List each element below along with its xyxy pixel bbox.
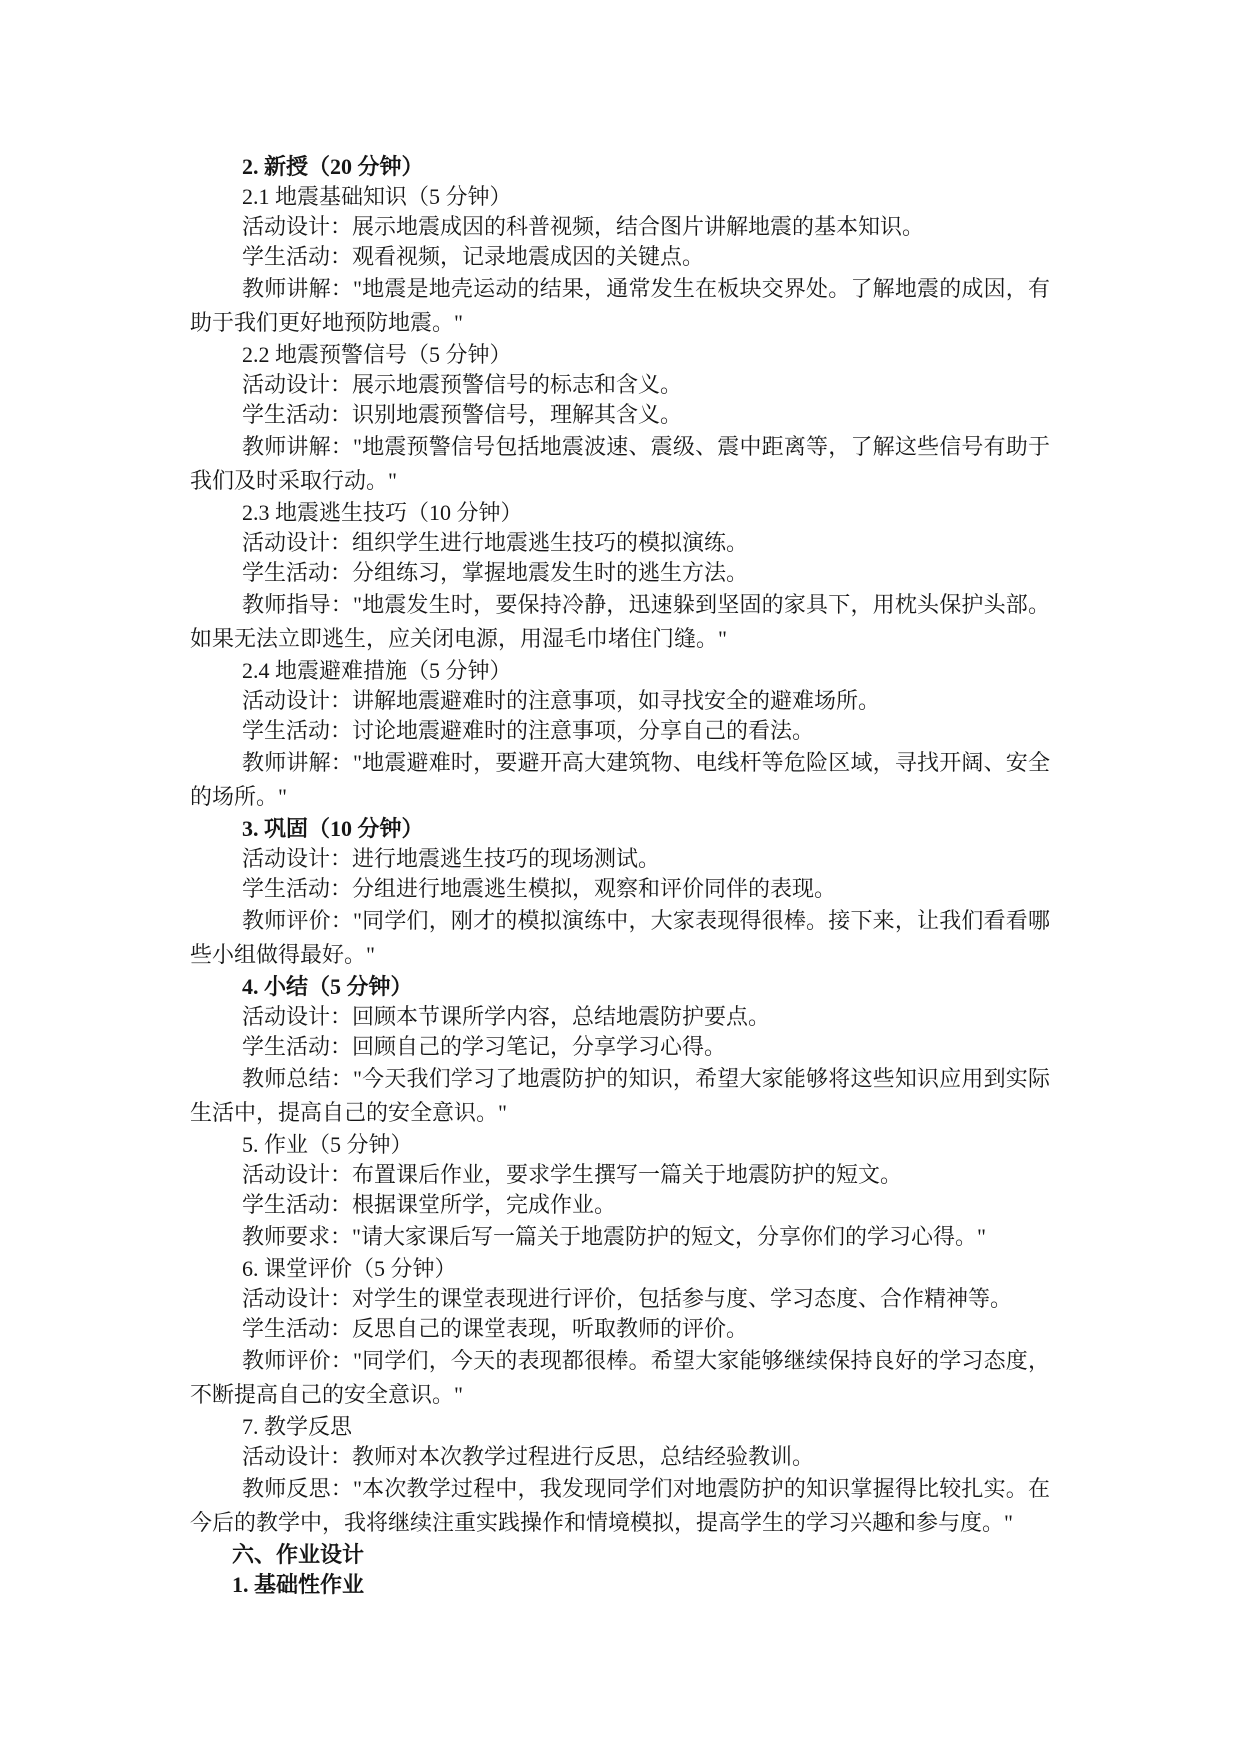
body-paragraph: 活动设计：对学生的课堂表现进行评价，包括参与度、学习态度、合作精神等。 <box>190 1284 1050 1314</box>
document-page: 2. 新授（20 分钟）2.1 地震基础知识（5 分钟）活动设计：展示地震成因的… <box>0 0 1240 1753</box>
body-paragraph: 教师讲解："地震预警信号包括地震波速、震级、震中距离等，了解这些信号有助于我们及… <box>190 430 1050 498</box>
body-paragraph: 活动设计：组织学生进行地震逃生技巧的模拟演练。 <box>190 528 1050 558</box>
heading-paragraph: 3. 巩固（10 分钟） <box>190 814 1050 844</box>
body-paragraph: 活动设计：教师对本次教学过程进行反思，总结经验教训。 <box>190 1442 1050 1472</box>
body-paragraph: 教师指导："地震发生时，要保持冷静，迅速躲到坚固的家具下，用枕头保护头部。如果无… <box>190 588 1050 656</box>
body-paragraph: 活动设计：展示地震成因的科普视频，结合图片讲解地震的基本知识。 <box>190 212 1050 242</box>
body-paragraph: 2.1 地震基础知识（5 分钟） <box>190 182 1050 212</box>
body-paragraph: 6. 课堂评价（5 分钟） <box>190 1254 1050 1284</box>
heading-paragraph: 六、作业设计 <box>190 1540 1050 1570</box>
body-paragraph: 教师讲解："地震是地壳运动的结果，通常发生在板块交界处。了解地震的成因，有助于我… <box>190 272 1050 340</box>
body-paragraph: 2.3 地震逃生技巧（10 分钟） <box>190 498 1050 528</box>
body-paragraph: 7. 教学反思 <box>190 1412 1050 1442</box>
body-paragraph: 教师讲解："地震避难时，要避开高大建筑物、电线杆等危险区域，寻找开阔、安全的场所… <box>190 746 1050 814</box>
body-paragraph: 学生活动：讨论地震避难时的注意事项，分享自己的看法。 <box>190 716 1050 746</box>
body-paragraph: 2.4 地震避难措施（5 分钟） <box>190 656 1050 686</box>
heading-paragraph: 2. 新授（20 分钟） <box>190 152 1050 182</box>
body-paragraph: 活动设计：讲解地震避难时的注意事项，如寻找安全的避难场所。 <box>190 686 1050 716</box>
body-paragraph: 教师总结："今天我们学习了地震防护的知识，希望大家能够将这些知识应用到实际生活中… <box>190 1062 1050 1130</box>
body-paragraph: 学生活动：根据课堂所学，完成作业。 <box>190 1190 1050 1220</box>
body-paragraph: 活动设计：进行地震逃生技巧的现场测试。 <box>190 844 1050 874</box>
body-paragraph: 2.2 地震预警信号（5 分钟） <box>190 340 1050 370</box>
body-paragraph: 教师要求："请大家课后写一篇关于地震防护的短文，分享你们的学习心得。" <box>190 1220 1050 1254</box>
body-paragraph: 学生活动：识别地震预警信号，理解其含义。 <box>190 400 1050 430</box>
body-paragraph: 学生活动：分组进行地震逃生模拟，观察和评价同伴的表现。 <box>190 874 1050 904</box>
heading-paragraph: 4. 小结（5 分钟） <box>190 972 1050 1002</box>
body-paragraph: 活动设计：回顾本节课所学内容，总结地震防护要点。 <box>190 1002 1050 1032</box>
body-paragraph: 5. 作业（5 分钟） <box>190 1130 1050 1160</box>
body-paragraph: 活动设计：布置课后作业，要求学生撰写一篇关于地震防护的短文。 <box>190 1160 1050 1190</box>
body-paragraph: 学生活动：观看视频，记录地震成因的关键点。 <box>190 242 1050 272</box>
body-paragraph: 教师评价："同学们，刚才的模拟演练中，大家表现得很棒。接下来，让我们看看哪些小组… <box>190 904 1050 972</box>
body-paragraph: 学生活动：反思自己的课堂表现，听取教师的评价。 <box>190 1314 1050 1344</box>
body-paragraph: 活动设计：展示地震预警信号的标志和含义。 <box>190 370 1050 400</box>
body-paragraph: 学生活动：回顾自己的学习笔记，分享学习心得。 <box>190 1032 1050 1062</box>
heading-paragraph: 1. 基础性作业 <box>190 1570 1050 1600</box>
body-paragraph: 教师评价："同学们，今天的表现都很棒。希望大家能够继续保持良好的学习态度，不断提… <box>190 1344 1050 1412</box>
body-paragraph: 教师反思："本次教学过程中，我发现同学们对地震防护的知识掌握得比较扎实。在今后的… <box>190 1472 1050 1540</box>
body-paragraph: 学生活动：分组练习，掌握地震发生时的逃生方法。 <box>190 558 1050 588</box>
